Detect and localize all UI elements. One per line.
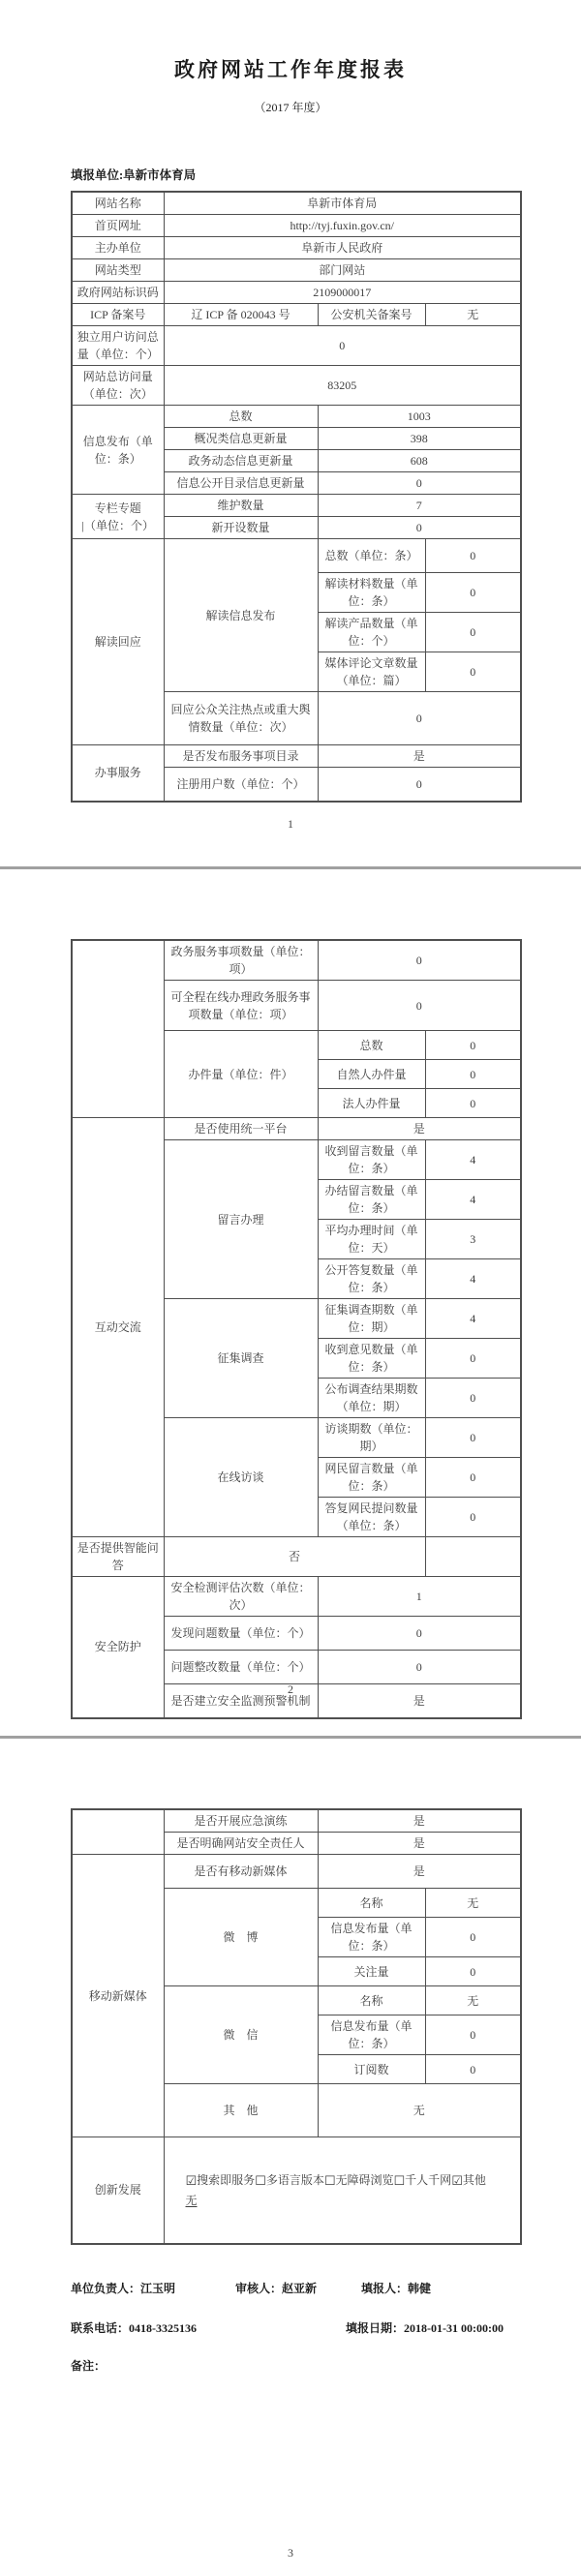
cell-security-owner-value: 是 xyxy=(318,1833,521,1855)
innovation-option-other: 其他 xyxy=(463,2173,486,2187)
report-page-3: 是否开展应急演练 是 是否明确网站安全责任人 是 移动新媒体 是否有移动新媒体 … xyxy=(0,1739,581,2576)
cell-problems-fixed-value: 0 xyxy=(318,1651,521,1684)
cell-interpret-total-label: 总数（单位：条） xyxy=(318,539,425,573)
doc-subtitle: （2017 年度） xyxy=(0,99,581,115)
cell-interpret-media-value: 0 xyxy=(425,652,521,692)
filler: 填报人：韩健 xyxy=(361,2280,520,2296)
cell-wechat-posts-value: 0 xyxy=(425,2015,521,2055)
cell-message-done-label: 办结留言数量（单位：条） xyxy=(318,1180,425,1220)
cell-message-public-reply-label: 公开答复数量（单位：条） xyxy=(318,1259,425,1299)
footer-row-contact: 联系电话：0418-3325136 填报日期：2018-01-31 00:00:… xyxy=(71,2319,520,2336)
special-column-group-line2: |（单位：个） xyxy=(76,517,160,534)
reporting-unit-line: 填报单位:阜新市体育局 xyxy=(71,166,581,183)
cell-message-time-value: 3 xyxy=(425,1220,521,1259)
cell-weibo-group: 微 博 xyxy=(164,1889,318,1986)
cell-special-column-group: 专栏专题 |（单位：个） xyxy=(72,495,164,539)
report-page-1: 政府网站工作年度报表 （2017 年度） 填报单位:阜新市体育局 网站名称 阜新… xyxy=(0,0,581,866)
contact-phone: 联系电话：0418-3325136 xyxy=(71,2319,346,2336)
cell-weibo-posts-label: 信息发布量（单位：条） xyxy=(318,1918,425,1957)
auditor: 审核人：赵亚新 xyxy=(235,2280,361,2296)
checkbox-unchecked-icon: ☐ xyxy=(394,2174,406,2189)
cell-info-publish-group: 信息发布（单位：条） xyxy=(72,406,164,495)
cell-message-time-label: 平均办理时间（单位：天） xyxy=(318,1220,425,1259)
doc-title: 政府网站工作年度报表 xyxy=(0,54,581,83)
cell-home-url-value: http://tyj.fuxin.gov.cn/ xyxy=(164,215,521,237)
table-row: 网站类型 部门网站 xyxy=(72,259,521,282)
filing-date: 填报日期：2018-01-31 00:00:00 xyxy=(346,2319,520,2336)
innovation-option-multilang: 多语言版本 xyxy=(266,2173,324,2187)
cell-innovation-options: ☑搜索即服务☐多语言版本☐无障碍浏览☐千人千网☑其他 无 xyxy=(164,2137,521,2244)
table-row: 解读回应 解读信息发布 总数（单位：条） 0 xyxy=(72,539,521,573)
special-column-group-line1: 专栏专题 xyxy=(76,500,160,517)
cell-unified-platform-value: 是 xyxy=(318,1118,521,1140)
footer-row-names: 单位负责人：江玉明 审核人：赵亚新 填报人：韩健 xyxy=(71,2280,520,2296)
cell-interpret-media-label: 媒体评论文章数量（单位：篇） xyxy=(318,652,425,692)
cell-police-record-value: 无 xyxy=(425,304,521,326)
cell-registered-users-label: 注册用户数（单位：个） xyxy=(164,768,318,802)
cell-case-total-label: 总数 xyxy=(318,1031,425,1060)
table-row: 政务服务事项数量（单位：项） 0 xyxy=(72,940,521,981)
cell-message-handling-group: 留言办理 xyxy=(164,1140,318,1299)
cell-emergency-drill-label: 是否开展应急演练 xyxy=(164,1809,318,1833)
cell-site-name-label: 网站名称 xyxy=(72,192,164,215)
cell-security-check-label: 安全检测评估次数（单位：次） xyxy=(164,1577,318,1617)
table-row: 是否提供智能问答 否 xyxy=(72,1537,521,1577)
table-row: 专栏专题 |（单位：个） 维护数量 7 xyxy=(72,495,521,517)
checkbox-unchecked-icon: ☐ xyxy=(255,2174,266,2189)
cell-info-news-value: 608 xyxy=(318,450,521,472)
cell-interpret-product-label: 解读产品数量（单位：个） xyxy=(318,613,425,652)
cell-wechat-name-value: 无 xyxy=(425,1986,521,2015)
page-number: 1 xyxy=(0,817,581,832)
cell-wechat-subscribers-value: 0 xyxy=(425,2055,521,2084)
checkbox-checked-icon: ☑ xyxy=(186,2174,198,2189)
table-row: 独立用户访问总量（单位：个） 0 xyxy=(72,326,521,366)
cell-interpret-material-value: 0 xyxy=(425,573,521,613)
report-table-page3: 是否开展应急演练 是 是否明确网站安全责任人 是 移动新媒体 是否有移动新媒体 … xyxy=(71,1808,522,2245)
cell-survey-results-value: 0 xyxy=(425,1379,521,1418)
cell-case-person-value: 0 xyxy=(425,1060,521,1089)
cell-column-new-value: 0 xyxy=(318,517,521,539)
cell-online-service-items-value: 0 xyxy=(318,981,521,1031)
cell-smart-qa-label: 是否提供智能问答 xyxy=(72,1537,164,1577)
cell-weibo-name-label: 名称 xyxy=(318,1889,425,1918)
cell-emergency-drill-value: 是 xyxy=(318,1809,521,1833)
cell-interview-periods-label: 访谈期数（单位：期） xyxy=(318,1418,425,1458)
checkbox-checked-icon: ☑ xyxy=(451,2174,463,2189)
unit-head: 单位负责人：江玉明 xyxy=(71,2280,235,2296)
cell-interaction-group: 互动交流 xyxy=(72,1118,164,1537)
cell-police-record-label: 公安机关备案号 xyxy=(318,304,425,326)
table-row: 政府网站标识码 2109000017 xyxy=(72,282,521,304)
cell-info-catalog-value: 0 xyxy=(318,472,521,495)
cell-interview-replies-label: 答复网民提问数量（单位：条） xyxy=(318,1498,425,1537)
cell-survey-opinions-value: 0 xyxy=(425,1339,521,1379)
cell-site-type-label: 网站类型 xyxy=(72,259,164,282)
cell-service-items-label: 政务服务事项数量（单位：项） xyxy=(164,940,318,981)
cell-wechat-posts-label: 信息发布量（单位：条） xyxy=(318,2015,425,2055)
checkbox-unchecked-icon: ☐ xyxy=(324,2174,336,2189)
cell-message-received-label: 收到留言数量（单位：条） xyxy=(318,1140,425,1180)
cell-interpret-response-group: 解读回应 xyxy=(72,539,164,745)
cell-hotspot-value: 0 xyxy=(318,692,521,745)
cell-problems-fixed-label: 问题整改数量（单位：个） xyxy=(164,1651,318,1684)
cell-other-media-value: 无 xyxy=(318,2084,521,2137)
cell-has-mobile-media-label: 是否有移动新媒体 xyxy=(164,1855,318,1889)
cell-host-unit-value: 阜新市人民政府 xyxy=(164,237,521,259)
cell-unique-visitors-label: 独立用户访问总量（单位：个） xyxy=(72,326,164,366)
cell-weibo-followers-value: 0 xyxy=(425,1957,521,1986)
innovation-option-personalized: 千人千网 xyxy=(405,2173,451,2187)
cell-site-code-value: 2109000017 xyxy=(164,282,521,304)
cell-total-visits-label: 网站总访问量（单位：次） xyxy=(72,366,164,406)
cell-security-owner-label: 是否明确网站安全责任人 xyxy=(164,1833,318,1855)
cell-interpret-material-label: 解读材料数量（单位：条） xyxy=(318,573,425,613)
cell-host-unit-label: 主办单位 xyxy=(72,237,164,259)
cell-innovation-group: 创新发展 xyxy=(72,2137,164,2244)
report-table-page1: 网站名称 阜新市体育局 首页网址 http://tyj.fuxin.gov.cn… xyxy=(71,191,522,803)
cell-message-done-value: 4 xyxy=(425,1180,521,1220)
innovation-other-fill-value: 无 xyxy=(186,2194,198,2207)
cell-weibo-posts-value: 0 xyxy=(425,1918,521,1957)
innovation-option-accessibility: 无障碍浏览 xyxy=(336,2173,394,2187)
cell-survey-group: 征集调查 xyxy=(164,1299,318,1418)
cell-interpret-publish-group: 解读信息发布 xyxy=(164,539,318,692)
page-number: 3 xyxy=(0,2546,581,2561)
cell-site-name-value: 阜新市体育局 xyxy=(164,192,521,215)
cell-survey-opinions-label: 收到意见数量（单位：条） xyxy=(318,1339,425,1379)
table-row: ICP 备案号 辽 ICP 备 020043 号 公安机关备案号 无 xyxy=(72,304,521,326)
remark-label: 备注： xyxy=(71,2357,520,2374)
cell-case-legal-value: 0 xyxy=(425,1089,521,1118)
table-row: 网站总访问量（单位：次） 83205 xyxy=(72,366,521,406)
cell-case-legal-label: 法人办件量 xyxy=(318,1089,425,1118)
cell-problems-found-label: 发现问题数量（单位：个） xyxy=(164,1617,318,1651)
cell-security-group-continued xyxy=(72,1809,164,1855)
cell-message-public-reply-value: 4 xyxy=(425,1259,521,1299)
cell-survey-periods-label: 征集调查期数（单位：期） xyxy=(318,1299,425,1339)
table-row: 创新发展 ☑搜索即服务☐多语言版本☐无障碍浏览☐千人千网☑其他 无 xyxy=(72,2137,521,2244)
cell-info-overview-label: 概况类信息更新量 xyxy=(164,428,318,450)
innovation-option-search: 搜索即服务 xyxy=(197,2173,255,2187)
cell-service-group-continued xyxy=(72,940,164,1118)
table-row: 移动新媒体 是否有移动新媒体 是 xyxy=(72,1855,521,1889)
report-page-2: 政务服务事项数量（单位：项） 0 可全程在线办理政务服务事项数量（单位：项） 0… xyxy=(0,869,581,1736)
cell-service-items-value: 0 xyxy=(318,940,521,981)
cell-total-visits-value: 83205 xyxy=(164,366,521,406)
cell-interview-group: 在线访谈 xyxy=(164,1418,318,1537)
cell-wechat-name-label: 名称 xyxy=(318,1986,425,2015)
cell-interview-replies-value: 0 xyxy=(425,1498,521,1537)
cell-column-maintained-value: 7 xyxy=(318,495,521,517)
cell-site-code-label: 政府网站标识码 xyxy=(72,282,164,304)
cell-survey-periods-value: 4 xyxy=(425,1299,521,1339)
cell-column-maintained-label: 维护数量 xyxy=(164,495,318,517)
cell-registered-users-value: 0 xyxy=(318,768,521,802)
table-row: 信息发布（单位：条） 总数 1003 xyxy=(72,406,521,428)
cell-column-new-label: 新开设数量 xyxy=(164,517,318,539)
cell-interview-periods-value: 0 xyxy=(425,1418,521,1458)
cell-weibo-name-value: 无 xyxy=(425,1889,521,1918)
cell-unified-platform-label: 是否使用统一平台 xyxy=(164,1118,318,1140)
cell-service-group: 办事服务 xyxy=(72,745,164,802)
cell-wechat-group: 微 信 xyxy=(164,1986,318,2084)
table-row: 安全防护 安全检测评估次数（单位：次） 1 xyxy=(72,1577,521,1617)
cell-info-total-label: 总数 xyxy=(164,406,318,428)
cell-interview-messages-label: 网民留言数量（单位：条） xyxy=(318,1458,425,1498)
cell-case-total-value: 0 xyxy=(425,1031,521,1060)
cell-case-volume-group: 办件量（单位：件） xyxy=(164,1031,318,1118)
cell-icp-label: ICP 备案号 xyxy=(72,304,164,326)
cell-service-directory-label: 是否发布服务事项目录 xyxy=(164,745,318,768)
cell-smart-qa-value: 否 xyxy=(164,1537,425,1577)
table-row: 是否开展应急演练 是 xyxy=(72,1809,521,1833)
cell-problems-found-value: 0 xyxy=(318,1617,521,1651)
signature-footer: 单位负责人：江玉明 审核人：赵亚新 填报人：韩健 联系电话：0418-33251… xyxy=(71,2280,520,2374)
cell-interview-messages-value: 0 xyxy=(425,1458,521,1498)
table-row: 互动交流 是否使用统一平台 是 xyxy=(72,1118,521,1140)
cell-wechat-subscribers-label: 订阅数 xyxy=(318,2055,425,2084)
cell-security-check-value: 1 xyxy=(318,1577,521,1617)
table-row: 首页网址 http://tyj.fuxin.gov.cn/ xyxy=(72,215,521,237)
cell-info-overview-value: 398 xyxy=(318,428,521,450)
cell-info-total-value: 1003 xyxy=(318,406,521,428)
cell-icp-value: 辽 ICP 备 020043 号 xyxy=(164,304,318,326)
cell-interpret-total-value: 0 xyxy=(425,539,521,573)
table-row: 主办单位 阜新市人民政府 xyxy=(72,237,521,259)
cell-other-media-label: 其 他 xyxy=(164,2084,318,2137)
cell-home-url-label: 首页网址 xyxy=(72,215,164,237)
cell-online-service-items-label: 可全程在线办理政务服务事项数量（单位：项） xyxy=(164,981,318,1031)
page-number: 2 xyxy=(0,1682,581,1697)
table-row: 办事服务 是否发布服务事项目录 是 xyxy=(72,745,521,768)
table-row: 网站名称 阜新市体育局 xyxy=(72,192,521,215)
cell-message-received-value: 4 xyxy=(425,1140,521,1180)
cell-service-directory-value: 是 xyxy=(318,745,521,768)
cell-interpret-product-value: 0 xyxy=(425,613,521,652)
report-table-page2: 政务服务事项数量（单位：项） 0 可全程在线办理政务服务事项数量（单位：项） 0… xyxy=(71,939,522,1719)
cell-survey-results-label: 公布调查结果期数（单位：期） xyxy=(318,1379,425,1418)
cell-mobile-media-group: 移动新媒体 xyxy=(72,1855,164,2137)
cell-site-type-value: 部门网站 xyxy=(164,259,521,282)
cell-case-person-label: 自然人办件量 xyxy=(318,1060,425,1089)
cell-info-news-label: 政务动态信息更新量 xyxy=(164,450,318,472)
cell-info-catalog-label: 信息公开目录信息更新量 xyxy=(164,472,318,495)
cell-weibo-followers-label: 关注量 xyxy=(318,1957,425,1986)
cell-unique-visitors-value: 0 xyxy=(164,326,521,366)
cell-has-mobile-media-value: 是 xyxy=(318,1855,521,1889)
cell-hotspot-label: 回应公众关注热点或重大舆情数量（单位：次） xyxy=(164,692,318,745)
